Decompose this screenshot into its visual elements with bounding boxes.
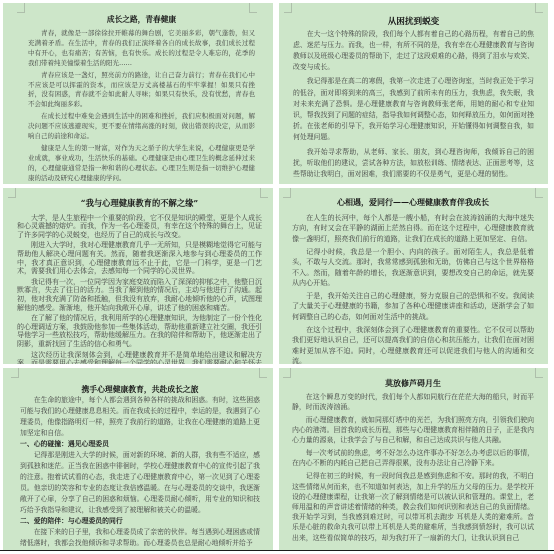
page-title: 从困扰到蜕变	[293, 17, 534, 28]
page-title: 携手心理健康教育，共赴成长之旅	[20, 384, 260, 395]
paragraph: 而心理健康教育，就如同那灯塔中的光芒，为我们照亮方向，引领我们驶向内心的港湾。回…	[292, 415, 534, 446]
margin-corner-mark	[284, 3, 292, 13]
margin-corner-mark	[535, 188, 543, 198]
page-title: “我与心理健康教育的不解之缘”	[17, 198, 262, 209]
margin-corner-mark	[8, 188, 16, 198]
document-page-3: “我与心理健康教育的不解之缘” 大学，是人生旅程中一个重要的阶段，它不仅是知识的…	[3, 188, 273, 364]
paragraph: 在成长过程中难免会遇到生活中的困难和挫折，我们应积极面对问题，解决问题不应该逃避…	[28, 112, 255, 142]
document-page-2: 从困扰到蜕变 在大一这个特殊的阶段，我们每个人都有着自己的心路历程，有着自己的焦…	[279, 3, 548, 184]
paragraph: 我记得有一次，一位同学因为家庭变故而陷入了深深的抑郁之中，他整日沉默寡言，失去了…	[17, 278, 262, 312]
paragraph: 我记得那是在高二的寒假，我第一次走进了心理咨询室，当时我正处于学习的低谷，面对即…	[293, 76, 534, 143]
section-heading: 一、心的碰撞：遇见心理委员	[20, 439, 260, 450]
margin-corner-mark	[283, 368, 291, 378]
margin-corner-mark	[11, 368, 19, 378]
margin-corner-mark	[259, 368, 267, 378]
margin-corner-mark	[249, 3, 257, 13]
margin-corner-mark	[535, 368, 543, 378]
paragraph: 于是，我开始关注自己的心理健康，努力克服自己的恐惧和不安。我阅读了大量关于心理健…	[292, 291, 534, 322]
paragraph: 记得小时候，我总是一个胆小、内向的孩子。面对陌生人，我总是低着头，不敢与人交流。…	[292, 247, 534, 289]
paragraph: 在接下来的日子里，我和心理委员成了亲密的伙伴。每当遇到心理困惑或情绪低落时，我都…	[20, 527, 260, 549]
paragraph: 在人生的长河中，每个人都是一艘小船，有时会在波涛汹涌的大海中迷失方向，有时又会在…	[292, 213, 534, 244]
paragraph: 在生命的旅途中，每个人都会遇到各种各样的挑战和困惑。有时，这些困惑可能与我们的心…	[20, 395, 260, 439]
paragraph: 健康是人生的第一财富，对作为天之骄子的大学生来说，心理健康更是学业成就，事业成功…	[28, 144, 255, 184]
paragraph: 青春，就像是一部徐徐拉开帷幕的舞台剧，它美丽多彩，朝气蓬勃，但又充满着矛盾。在生…	[28, 29, 255, 69]
paragraph: 在大一这个特殊的阶段，我们每个人都有着自己的心路历程，有着自己的焦虑、迷茫与压力…	[293, 29, 534, 74]
section-heading: 二、爱的陪伴：与心理委员的同行	[20, 516, 260, 527]
margin-corner-mark	[283, 188, 291, 198]
paragraph: 青春应该是一盏灯，照亮前方的路途，让自己奋力前行；青春在我们心中不应该是可以挥霍…	[28, 71, 255, 111]
document-page-4: 心相遇，爱同行——心理健康教育伴我成长 在人生的长河中，每个人都是一艘小船，有时…	[279, 188, 548, 364]
paragraph: 记得那是刚进入大学的时候，面对新的环境、新的人群，我有些不适应，感到孤独和迷茫。…	[20, 450, 260, 516]
paragraph: 大学，是人生旅程中一个重要的阶段，它不仅是知识的殿堂，更是个人成长和心灵震撼的熔…	[17, 214, 262, 240]
paragraph: 每一次考试前的焦虑，考不好怎么办这件事办不好怎么办考虑以后的事情，在内心不断的内…	[292, 448, 534, 468]
paragraph: 刚进入大学时，我对心理健康教育几乎一无所知，只是模糊地觉得它可能与帮助他人解决心…	[17, 241, 262, 275]
page-title: 成长之路，青春健康	[28, 14, 255, 25]
document-page-1: 成长之路，青春健康 青春，就像是一部徐徐拉开帷幕的舞台剧，它美丽多彩，朝气蓬勃，…	[3, 3, 273, 184]
document-page-5: 携手心理健康教育，共赴成长之旅 在生命的旅途中，每个人都会遇到各种各样的挑战和困…	[3, 368, 273, 550]
paragraph: 在这个过程中，我深刻体会到了心理健康教育的重要性。它不仅可以帮助我们更好地认识自…	[292, 325, 534, 364]
paragraph: 我开始寻求帮助，从老师、家长、朋友，到心理咨询师，我倾诉自己的困扰，听取他们的建…	[293, 147, 534, 181]
margin-corner-mark	[17, 3, 25, 13]
paragraph: 在这个瞬息万变的时代，我们每个人都如同航行在茫茫大海的船只，时而平静，时而波涛汹…	[292, 392, 534, 412]
paragraph: 在了解了他的情况后，我利用所学的心理健康知识，为他制定了一份个性化的心理调适方案…	[17, 314, 262, 348]
page-title: 莫放修芦碍月生	[292, 378, 534, 389]
document-page-6: 莫放修芦碍月生 在这个瞬息万变的时代，我们每个人都如同航行在茫茫大海的船只，时而…	[279, 368, 548, 550]
paragraph: 这次经历让我深刻体会到，心理健康教育并不是简单地给出建议和解决方案，而是需要用心…	[17, 351, 262, 364]
paragraph: 记得在初三的时候，有一段时间我总是感到焦虑和不安。那时的我，不明白这些情绪从何而…	[292, 471, 534, 542]
bottom-border-line	[0, 550, 554, 551]
margin-corner-mark	[535, 3, 543, 13]
page-title: 心相遇，爱同行——心理健康教育伴我成长	[292, 197, 534, 208]
margin-corner-mark	[260, 188, 268, 198]
